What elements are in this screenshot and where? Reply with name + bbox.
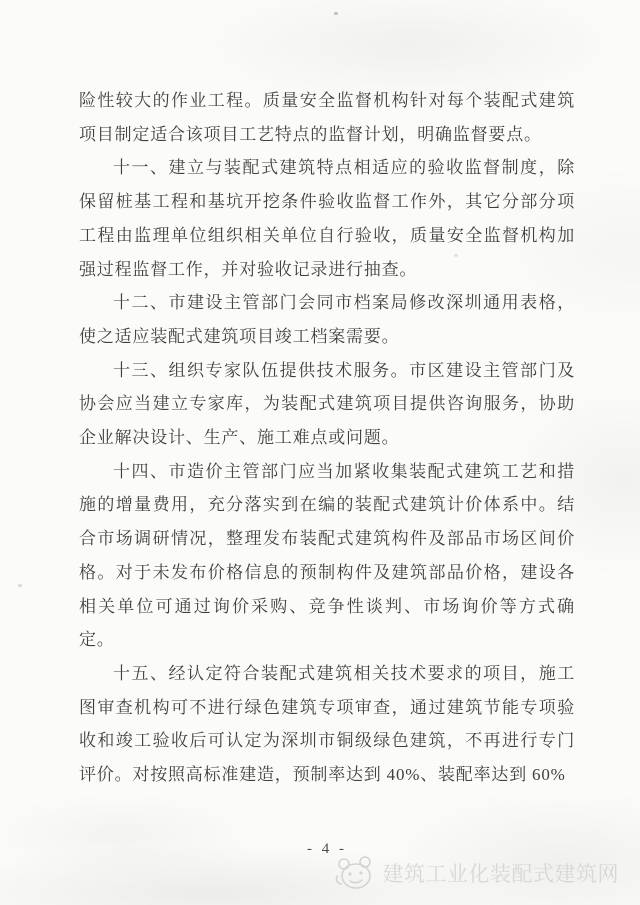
- paragraph-container: 险性较大的作业工程。质量安全监督机构针对每个装配式建筑项目制定适合该项目工艺特点…: [79, 84, 575, 792]
- body-paragraph: 十三、组织专家队伍提供技术服务。市区建设主管部门及协会应当建立专家库，为装配式建…: [79, 354, 575, 455]
- watermark-text: 建筑工业化装配式建筑网: [383, 858, 620, 888]
- body-paragraph: 险性较大的作业工程。质量安全监督机构针对每个装配式建筑项目制定适合该项目工艺特点…: [79, 84, 575, 151]
- document-body: 险性较大的作业工程。质量安全监督机构针对每个装配式建筑项目制定适合该项目工艺特点…: [79, 84, 575, 792]
- body-paragraph: 十五、经认定符合装配式建筑相关技术要求的项目，施工图审查机构可不进行绿色建筑专项…: [79, 657, 575, 792]
- panda-mascot-icon: [334, 852, 380, 894]
- body-paragraph: 十一、建立与装配式建筑特点相适应的验收监督制度，除保留桩基工程和基坑开挖条件验收…: [79, 151, 575, 286]
- watermark: 建筑工业化装配式建筑网: [334, 852, 620, 894]
- document-page: 险性较大的作业工程。质量安全监督机构针对每个装配式建筑项目制定适合该项目工艺特点…: [0, 0, 640, 905]
- body-paragraph: 十四、市造价主管部门应当加紧收集装配式建筑工艺和措施的增量费用，充分落实到在编的…: [79, 455, 575, 657]
- body-paragraph: 十二、市建设主管部门会同市档案局修改深圳通用表格，使之适应装配式建筑项目竣工档案…: [79, 286, 575, 353]
